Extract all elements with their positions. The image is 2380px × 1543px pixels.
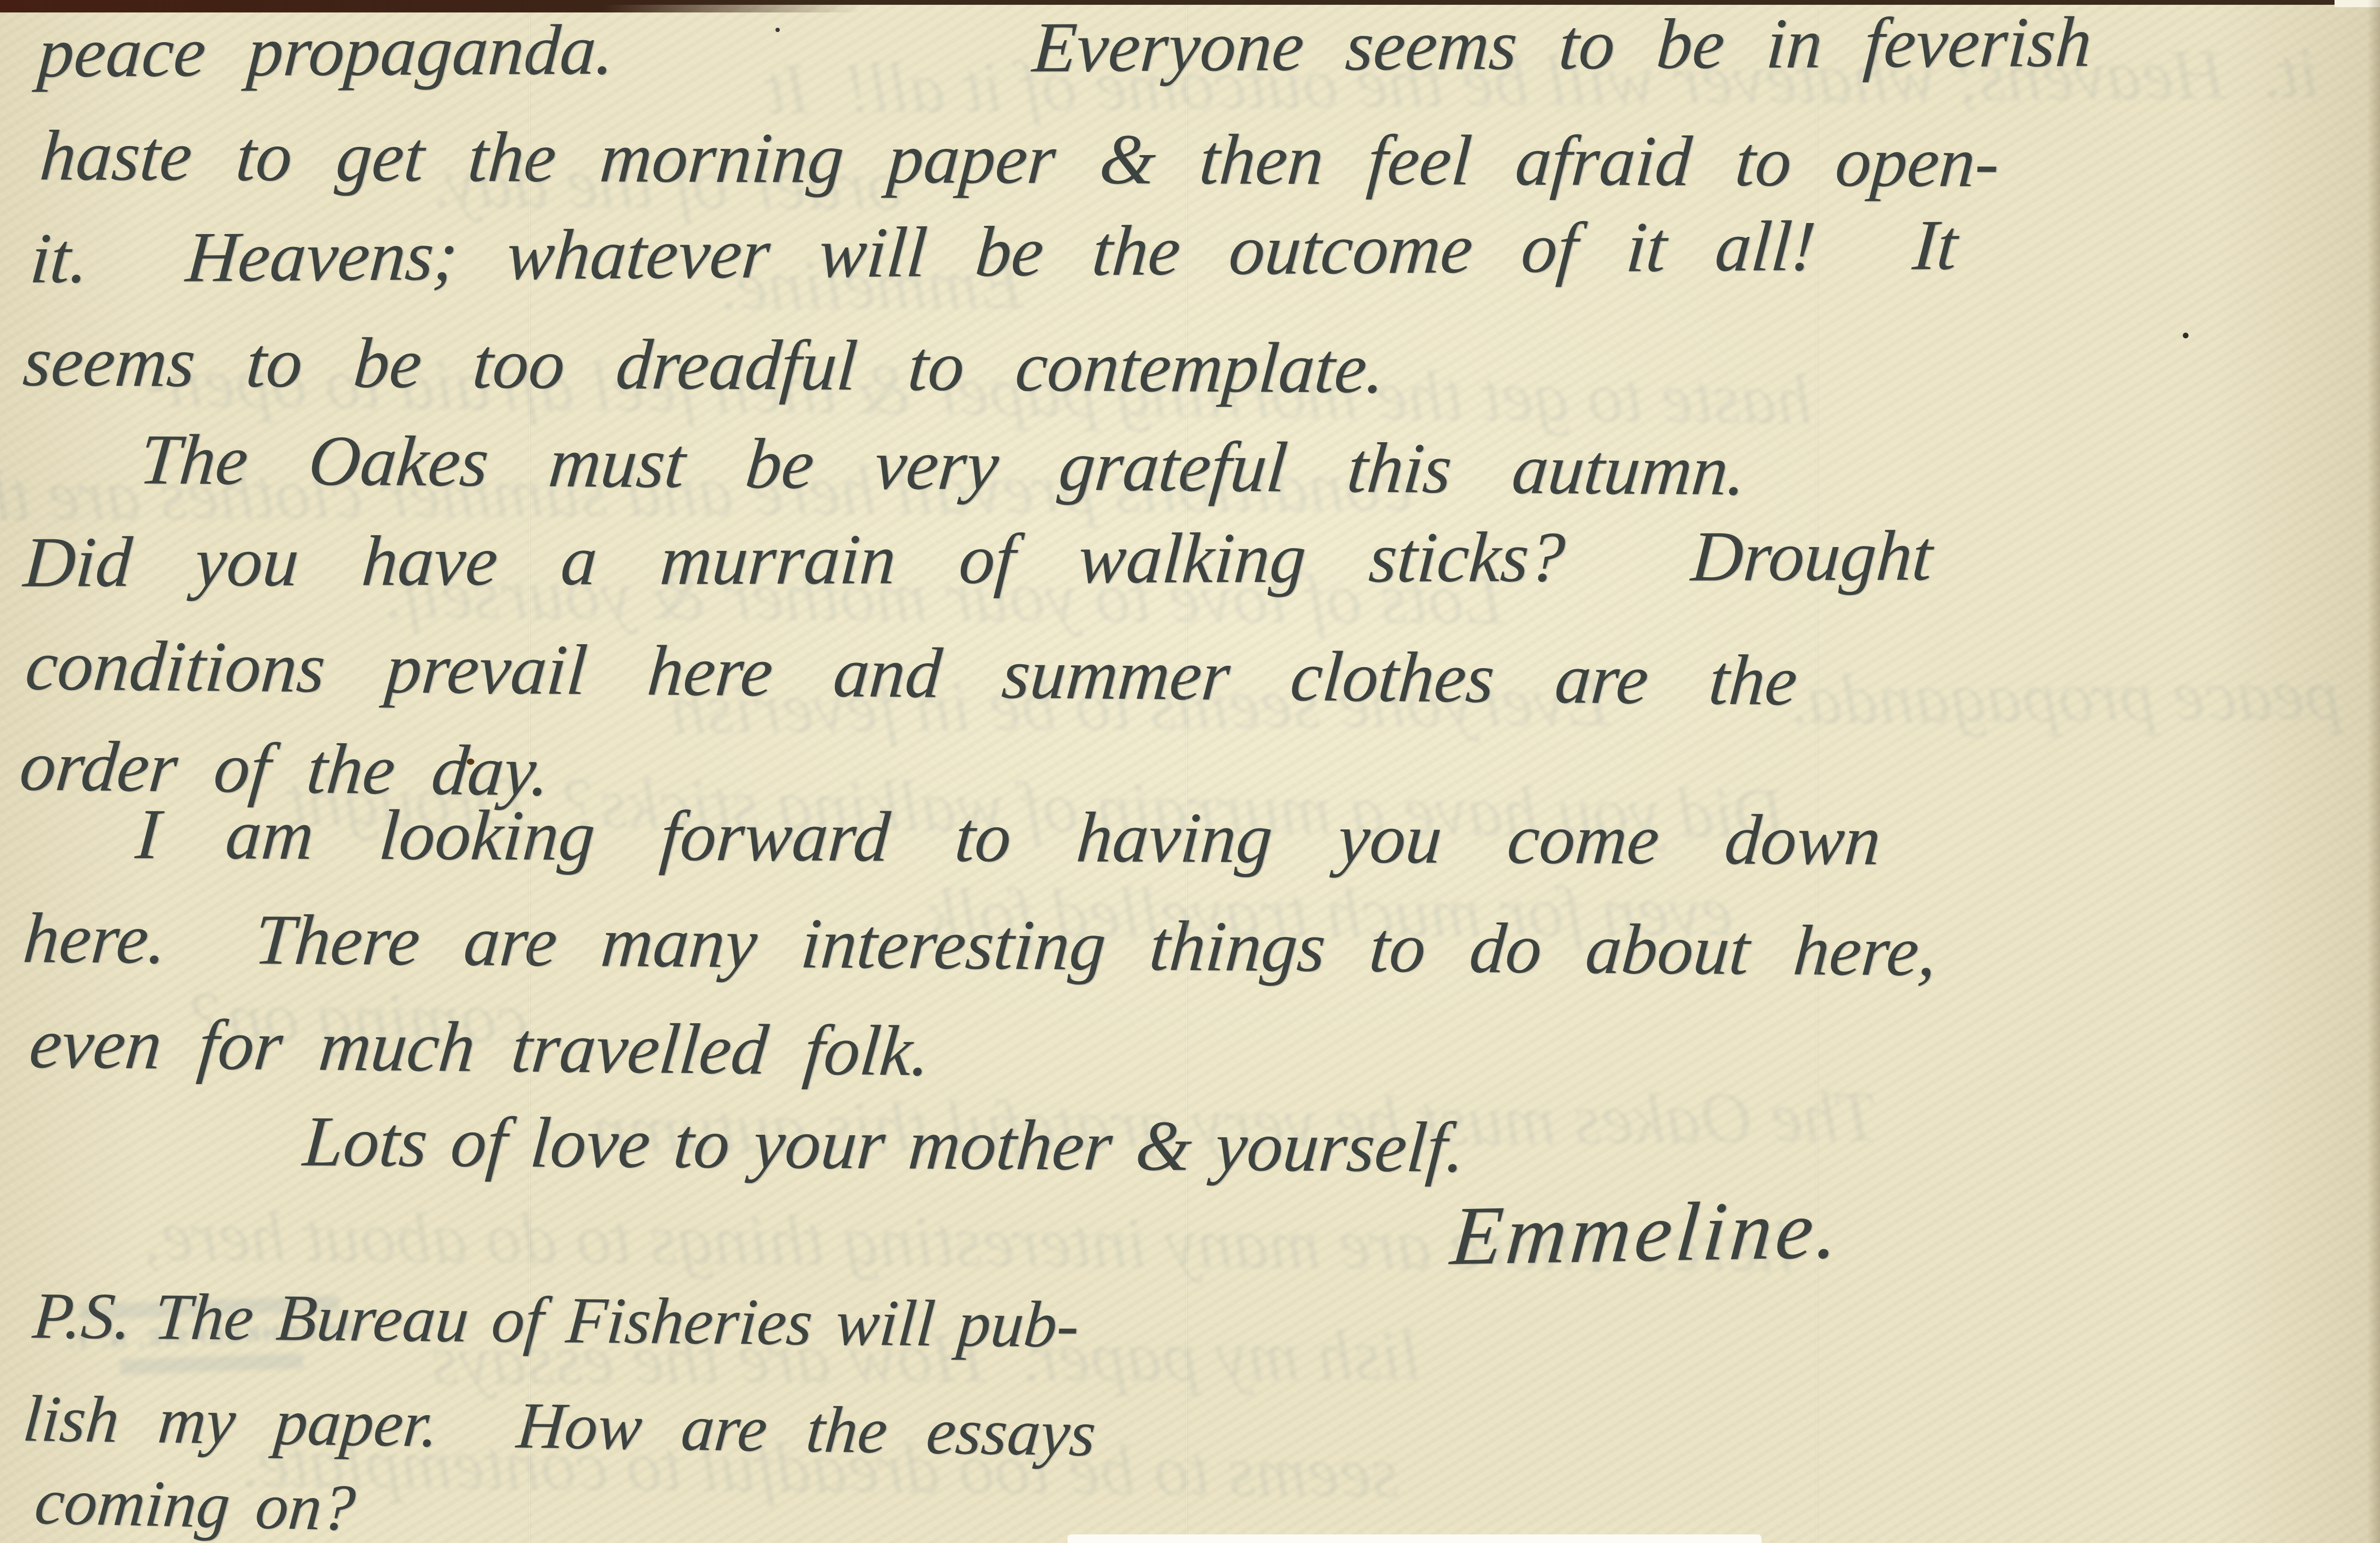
ink-speck	[775, 28, 780, 32]
ink-speck	[2183, 333, 2189, 338]
letter-line-14: P.S. The Bureau of Fisheries will pub-	[31, 1283, 1081, 1358]
letter-line-6: Did you have a murrain of walking sticks…	[22, 520, 1935, 598]
letter-page: it. Heavens; whatever will be the outcom…	[0, 0, 2380, 1543]
scan-edge-bottom-gap	[1067, 1534, 1762, 1543]
letter-line-5: The Oakes must be very grateful this aut…	[137, 424, 1750, 506]
letter-line-3: it. Heavens; whatever will be the outcom…	[28, 209, 1960, 294]
letter-line-9: I am looking forward to having you come …	[134, 798, 1883, 876]
ink-speck	[467, 759, 474, 765]
letter-line-4: seems to be too dreadful to contemplate.	[21, 325, 1387, 404]
letter-line-10: here. There are many interesting things …	[21, 902, 1939, 987]
letter-line-2: haste to get the morning paper & then fe…	[38, 120, 2002, 198]
signature: Emmeline.	[1448, 1187, 1846, 1278]
letter-line-1: peace propaganda. Everyone seems to be i…	[36, 6, 2094, 89]
scan-edge-right	[2368, 0, 2380, 1543]
scan-edge-top-left	[0, 0, 862, 12]
letter-line-11: even for much travelled folk.	[27, 1007, 934, 1087]
stamp-blur-block	[120, 1353, 303, 1375]
letter-line-12: Lots of love to your mother & yourself.	[301, 1106, 1468, 1184]
letter-line-16: coming on?	[32, 1468, 358, 1541]
letter-line-15: lish my paper. How are the essays	[21, 1386, 1098, 1466]
letter-line-7: conditions prevail here and summer cloth…	[23, 629, 1800, 716]
